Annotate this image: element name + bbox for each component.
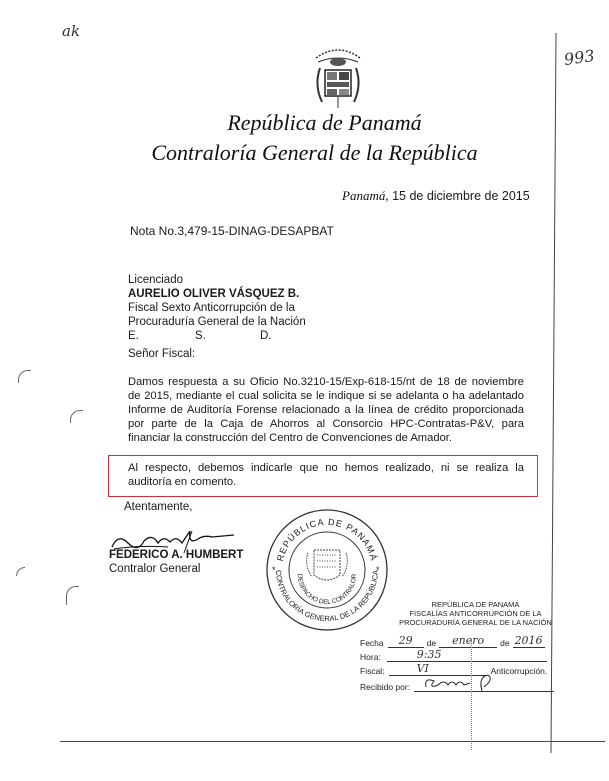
- bottom-rule: [60, 741, 605, 742]
- letter-date: Panamá, 15 de diciembre de 2015: [342, 188, 530, 204]
- seal-top-text: REPÚBLICA DE PANAMÁ: [275, 517, 379, 562]
- esd-e: E.: [128, 329, 195, 343]
- fecha-label: Fecha: [360, 638, 384, 648]
- margin-mark: [16, 567, 25, 576]
- fecha-de-2: de: [500, 638, 509, 648]
- svg-text:*: *: [272, 565, 276, 575]
- fiscal-label: Fiscal:: [360, 666, 385, 676]
- signatory-title: Contralor General: [109, 562, 243, 576]
- stamp-hora-row: Hora: 9:35: [360, 648, 560, 662]
- paragraph-response: Damos respuesta a su Oficio No.3210-15/E…: [128, 375, 524, 445]
- recipient-name: AURELIO OLIVER VÁSQUEZ B.: [128, 287, 306, 301]
- fecha-de-1: de: [427, 638, 436, 648]
- stamp-dotted-mark: [471, 640, 472, 750]
- stamp-line-1: REPÚBLICA DE PANAMÁ: [388, 600, 563, 609]
- receipt-stamp-header: REPÚBLICA DE PANAMÁ FISCALÍAS ANTICORRUP…: [388, 600, 563, 627]
- recibido-label: Recibido por:: [360, 682, 410, 692]
- recipient-block: Licenciado AURELIO OLIVER VÁSQUEZ B. Fis…: [128, 273, 306, 343]
- salutation: Señor Fiscal:: [128, 348, 195, 360]
- hora-label: Hora:: [360, 652, 381, 662]
- recipient-title: Licenciado: [128, 273, 306, 287]
- handwritten-initials: ak: [62, 22, 80, 40]
- fecha-year: 2016: [513, 634, 545, 648]
- page-number: 993: [563, 46, 596, 69]
- margin-mark: [66, 586, 79, 605]
- stamp-line-3: PROCURADURÍA GENERAL DE LA NACIÓN: [388, 618, 563, 627]
- letterhead-country: República de Panamá: [0, 110, 609, 136]
- signatory-name: FEDERICO A. HUMBERT: [109, 548, 243, 562]
- letterhead-institution: Contraloría General de la República: [0, 140, 609, 166]
- receipt-stamp-fields: Fecha 29 de enero de 2016 Hora: 9:35 Fis…: [360, 632, 560, 692]
- margin-mark: [18, 370, 31, 383]
- recipient-position-2: Procuraduría General de la Nación: [128, 315, 306, 329]
- signatory-block: FEDERICO A. HUMBERT Contralor General: [109, 548, 243, 576]
- hora-value: 9:35: [387, 648, 547, 662]
- closing: Atentamente,: [124, 501, 192, 513]
- esd-d: D.: [260, 329, 272, 343]
- margin-mark: [70, 410, 83, 423]
- fecha-day: 29: [388, 634, 424, 648]
- stamp-fecha-row: Fecha 29 de enero de 2016: [360, 632, 560, 648]
- note-reference: Nota No.3,479-15-DINAG-DESAPBAT: [130, 224, 334, 238]
- svg-text:REPÚBLICA DE PANAMÁ: REPÚBLICA DE PANAMÁ: [275, 517, 379, 562]
- recibido-signature-icon: [414, 677, 554, 692]
- svg-text:*: *: [376, 565, 380, 575]
- esd-line: E. S. D.: [128, 329, 306, 343]
- stamp-line-2: FISCALÍAS ANTICORRUPCIÓN DE LA: [388, 609, 563, 618]
- esd-s: S.: [195, 329, 260, 343]
- stamp-recibido-row: Recibido por:: [360, 676, 560, 692]
- date-place: Panamá,: [342, 188, 389, 203]
- date-text: 15 de diciembre de 2015: [392, 189, 530, 203]
- paragraph-conclusion: Al respecto, debemos indicarle que no he…: [128, 461, 524, 489]
- recipient-position-1: Fiscal Sexto Anticorrupción de la: [128, 301, 306, 315]
- fecha-month: enero: [439, 634, 497, 648]
- coat-of-arms-icon: [308, 40, 368, 110]
- official-seal-icon: REPÚBLICA DE PANAMÁ CONTRALORÍA GENERAL …: [262, 505, 392, 635]
